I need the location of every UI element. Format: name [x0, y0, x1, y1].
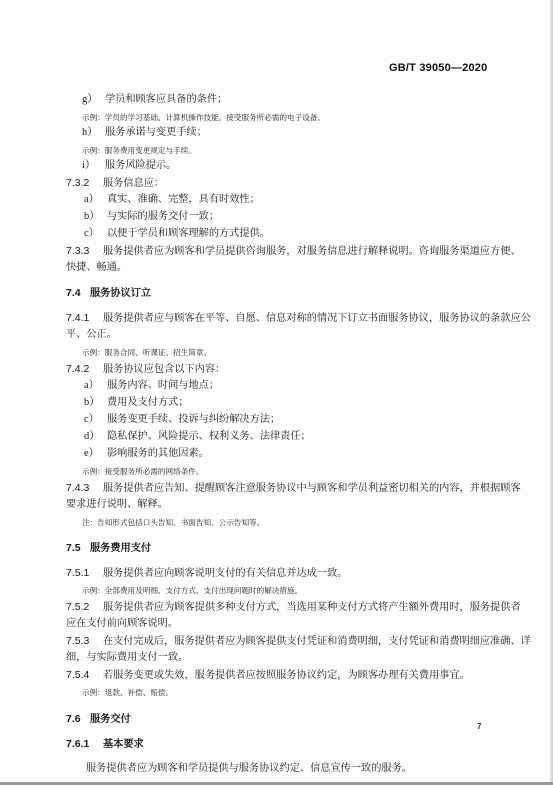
list-item-i: i）服务风险提示。 [82, 159, 176, 173]
clause-text: 服务提供者应为顾客提供多种支付方式，当选用某种支付方式将产生额外费用时，服务提供… [103, 602, 521, 613]
list-marker: a） [84, 379, 107, 393]
clause-7-5-3: 7.5.3在支付完成后，服务提供者应为顾客提供支付凭证和消费明细，支付凭证和消费… [66, 634, 531, 649]
list-text: 隐私保护、风险提示、权利义务、法律责任； [107, 431, 311, 442]
list-marker: b） [84, 210, 107, 224]
section-7-6-heading: 7.6服务交付 [66, 712, 131, 727]
clause-number: 7.5.1 [66, 566, 103, 580]
example-h: 示例：服务费用变更规定与手续。 [82, 145, 196, 156]
list-item-742-a: a）服务内容、时间与地点； [84, 379, 219, 393]
clause-7-5-4: 7.5.4若服务变更或失效，服务提供者应按照服务协议约定，为顾客办理有关费用事宜… [66, 668, 470, 683]
list-marker: h） [82, 126, 105, 140]
clause-text: 服务协议应包含以下内容： [103, 364, 225, 375]
list-text: 服务承诺与变更手续； [105, 127, 207, 138]
clause-7-3-2: 7.3.2服务信息应： [66, 176, 164, 191]
clause-number: 7.4.3 [66, 481, 103, 495]
example-7-4-2: 示例：接受服务所必需的网络条件。 [82, 466, 204, 477]
clause-7-6-1-heading: 7.6.1基本要求 [66, 737, 144, 752]
list-item-742-d: d）隐私保护、风险提示、权利义务、法律责任； [84, 430, 311, 444]
clause-text: 服务提供者应为顾客和学员提供咨询服务，对服务信息进行解释说明。咨询服务渠道应方便… [103, 246, 521, 257]
section-title: 服务交付 [90, 714, 131, 725]
clause-number: 7.3.2 [66, 176, 103, 190]
section-number: 7.5 [66, 541, 90, 555]
clause-text: 服务提供者应与顾客在平等、自愿、信息对称的情况下订立书面服务协议，服务协议的条款… [103, 313, 531, 324]
clause-text: 服务提供者应告知、提醒顾客注意服务协议中与顾客和学员利益密切相关的内容，并根据顾… [103, 483, 521, 494]
clause-7-4-1-cont: 平、公正。 [66, 328, 117, 342]
list-item-h: h）服务承诺与变更手续； [82, 126, 207, 140]
list-marker: g） [82, 93, 105, 107]
list-text: 服务内容、时间与地点； [107, 380, 219, 391]
clause-text: 服务提供者应向顾客说明支付的有关信息并达成一致。 [103, 568, 348, 579]
list-marker: c） [84, 413, 107, 427]
list-item-732-b: b）与实际的服务交付一致； [84, 210, 219, 224]
list-text: 真实、准确、完整，具有时效性； [107, 194, 260, 205]
note-7-4-3: 注：告知形式包括口头告知、书面告知、公示告知等。 [82, 517, 264, 528]
clause-number: 7.4.1 [66, 311, 103, 325]
clause-7-5-3-cont: 细，与实际费用支付一致。 [66, 651, 188, 665]
clause-7-4-1: 7.4.1服务提供者应与顾客在平等、自愿、信息对称的情况下订立书面服务协议，服务… [66, 311, 531, 326]
clause-7-5-1: 7.5.1服务提供者应向顾客说明支付的有关信息并达成一致。 [66, 566, 348, 581]
list-marker: b） [84, 396, 107, 410]
example-g: 示例：学员的学习基础、计算机操作技能，接受服务所必需的电子设备。 [82, 112, 325, 123]
list-text: 费用及支付方式； [107, 397, 189, 408]
clause-text: 服务信息应： [103, 178, 164, 189]
example-7-5-1: 示例：全部费用及明细、支付方式、支付出现问题时的解决措施。 [82, 585, 302, 596]
section-title: 服务协议订立 [90, 288, 151, 299]
clause-text: 在支付完成后，服务提供者应为顾客提供支付凭证和消费明细，支付凭证和消费明细应准确… [103, 636, 531, 647]
clause-number: 7.5.2 [66, 600, 103, 614]
list-item-g: g）学员和顾客应具备的条件； [82, 93, 227, 107]
document-page: GB/T 39050—2020 g）学员和顾客应具备的条件； 示例：学员的学习基… [0, 0, 553, 785]
list-item-732-c: c）以便于学员和顾客理解的方式提供。 [84, 227, 270, 241]
list-item-732-a: a）真实、准确、完整，具有时效性； [84, 193, 260, 207]
section-number: 7.4 [66, 286, 90, 300]
clause-number: 7.5.3 [66, 634, 103, 648]
clause-title: 基本要求 [103, 739, 144, 750]
section-number: 7.6 [66, 712, 90, 726]
clause-number: 7.5.4 [66, 668, 103, 682]
page-number: 7 [477, 722, 481, 731]
list-text: 学员和顾客应具备的条件； [105, 94, 227, 105]
list-text: 与实际的服务交付一致； [107, 211, 219, 222]
list-text: 服务变更手续、投诉与纠纷解决方法； [107, 414, 280, 425]
section-7-5-heading: 7.5服务费用支付 [66, 541, 151, 556]
clause-number: 7.3.3 [66, 244, 103, 258]
section-7-4-heading: 7.4服务协议订立 [66, 286, 151, 301]
example-7-5-4: 示例：退款、补偿、赔偿。 [82, 687, 173, 698]
clause-7-4-3-cont: 要求进行说明、解释。 [66, 498, 168, 512]
clause-7-4-2: 7.4.2服务协议应包含以下内容： [66, 362, 225, 377]
clause-number: 7.6.1 [66, 737, 103, 751]
clause-text: 若服务变更或失效，服务提供者应按照服务协议约定，为顾客办理有关费用事宜。 [103, 670, 470, 681]
clause-7-3-3-cont: 快捷、畅通。 [66, 261, 127, 275]
list-text: 以便于学员和顾客理解的方式提供。 [107, 228, 270, 239]
list-item-742-b: b）费用及支付方式； [84, 396, 189, 410]
clause-7-5-2: 7.5.2服务提供者应为顾客提供多种支付方式，当选用某种支付方式将产生额外费用时… [66, 600, 521, 615]
list-marker: c） [84, 227, 107, 241]
example-7-4-1: 示例：服务合同、听课证、招生简章。 [82, 347, 211, 358]
clause-7-3-3: 7.3.3服务提供者应为顾客和学员提供咨询服务，对服务信息进行解释说明。咨询服务… [66, 244, 521, 259]
list-marker: d） [84, 430, 107, 444]
clause-number: 7.4.2 [66, 362, 103, 376]
list-item-742-e: e）影响服务的其他因素。 [84, 447, 209, 461]
list-text: 影响服务的其他因素。 [107, 448, 209, 459]
list-marker: a） [84, 193, 107, 207]
standard-code: GB/T 39050—2020 [389, 62, 487, 74]
section-title: 服务费用支付 [90, 543, 151, 554]
list-text: 服务风险提示。 [105, 160, 176, 171]
list-marker: i） [82, 159, 105, 173]
list-item-742-c: c）服务变更手续、投诉与纠纷解决方法； [84, 413, 280, 427]
clause-7-5-2-cont: 应在支付前向顾客说明。 [66, 617, 178, 631]
clause-7-4-3: 7.4.3服务提供者应告知、提醒顾客注意服务协议中与顾客和学员利益密切相关的内容… [66, 481, 521, 496]
list-marker: e） [84, 447, 107, 461]
clause-7-6-1-text: 服务提供者应为顾客和学员提供与服务协议约定、信息宣传一致的服务。 [86, 762, 412, 776]
